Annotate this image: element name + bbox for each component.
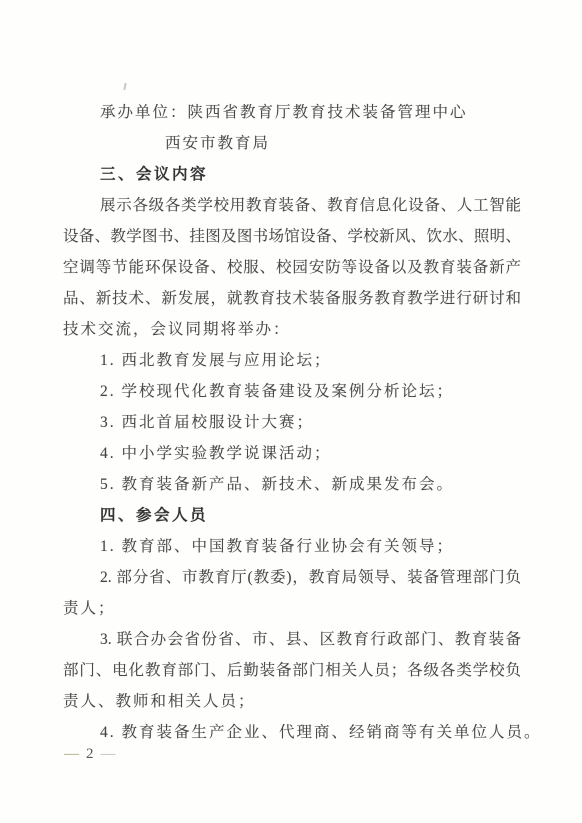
section-heading-4: 四、参会人员	[63, 500, 521, 531]
list-item: 2. 部分省、市教育厅(教委)，教育局领导、装备管理部门负	[63, 562, 521, 593]
list-item: 1. 西北教育发展与应用论坛；	[63, 345, 521, 376]
page-number-right-dash: —	[94, 746, 116, 762]
page-number-value: 2	[86, 746, 94, 762]
list-item: 4. 中小学实验教学说课活动；	[63, 438, 521, 469]
list-item-continuation: 责人、教师和相关人员；	[63, 686, 521, 717]
section-heading-3: 三、会议内容	[63, 159, 521, 190]
page-number: —2—	[64, 744, 116, 764]
list-item: 5. 教育装备新产品、新技术、新成果发布会。	[63, 469, 521, 500]
paragraph-line: 品、新技术、新发展，就教育技术装备服务教育教学进行研讨和	[63, 283, 521, 314]
paragraph-line: 设备、教学图书、挂图及图书场馆设备、学校新风、饮水、照明、	[63, 221, 521, 252]
document-body: 承办单位：陕西省教育厅教育技术装备管理中心西安市教育局三、会议内容展示各级各类学…	[63, 97, 521, 748]
organizer-line-2: 西安市教育局	[63, 128, 521, 159]
paragraph-line: 展示各级各类学校用教育装备、教育信息化设备、人工智能	[63, 190, 521, 221]
list-item: 1. 教育部、中国教育装备行业协会有关领导；	[63, 531, 521, 562]
paragraph-line: 空调等节能环保设备、校服、校园安防等设备以及教育装备新产	[63, 252, 521, 283]
list-item-continuation: 部门、电化教育部门、后勤装备部门相关人员；各级各类学校负	[63, 655, 521, 686]
scan-artifact-mark	[123, 83, 126, 90]
list-item: 4. 教育装备生产企业、代理商、经销商等有关单位人员。	[63, 717, 521, 748]
list-item: 2. 学校现代化教育装备建设及案例分析论坛；	[63, 376, 521, 407]
list-item: 3. 联合办会省份省、市、县、区教育行政部门、教育装备	[63, 624, 521, 655]
page-number-left-dash: —	[64, 746, 86, 762]
organizer-line: 承办单位：陕西省教育厅教育技术装备管理中心	[63, 97, 521, 128]
document-page: 承办单位：陕西省教育厅教育技术装备管理中心西安市教育局三、会议内容展示各级各类学…	[0, 0, 582, 823]
paragraph-line: 技术交流，会议同期将举办：	[63, 314, 521, 345]
list-item: 3. 西北首届校服设计大赛；	[63, 407, 521, 438]
list-item-continuation: 责人；	[63, 593, 521, 624]
